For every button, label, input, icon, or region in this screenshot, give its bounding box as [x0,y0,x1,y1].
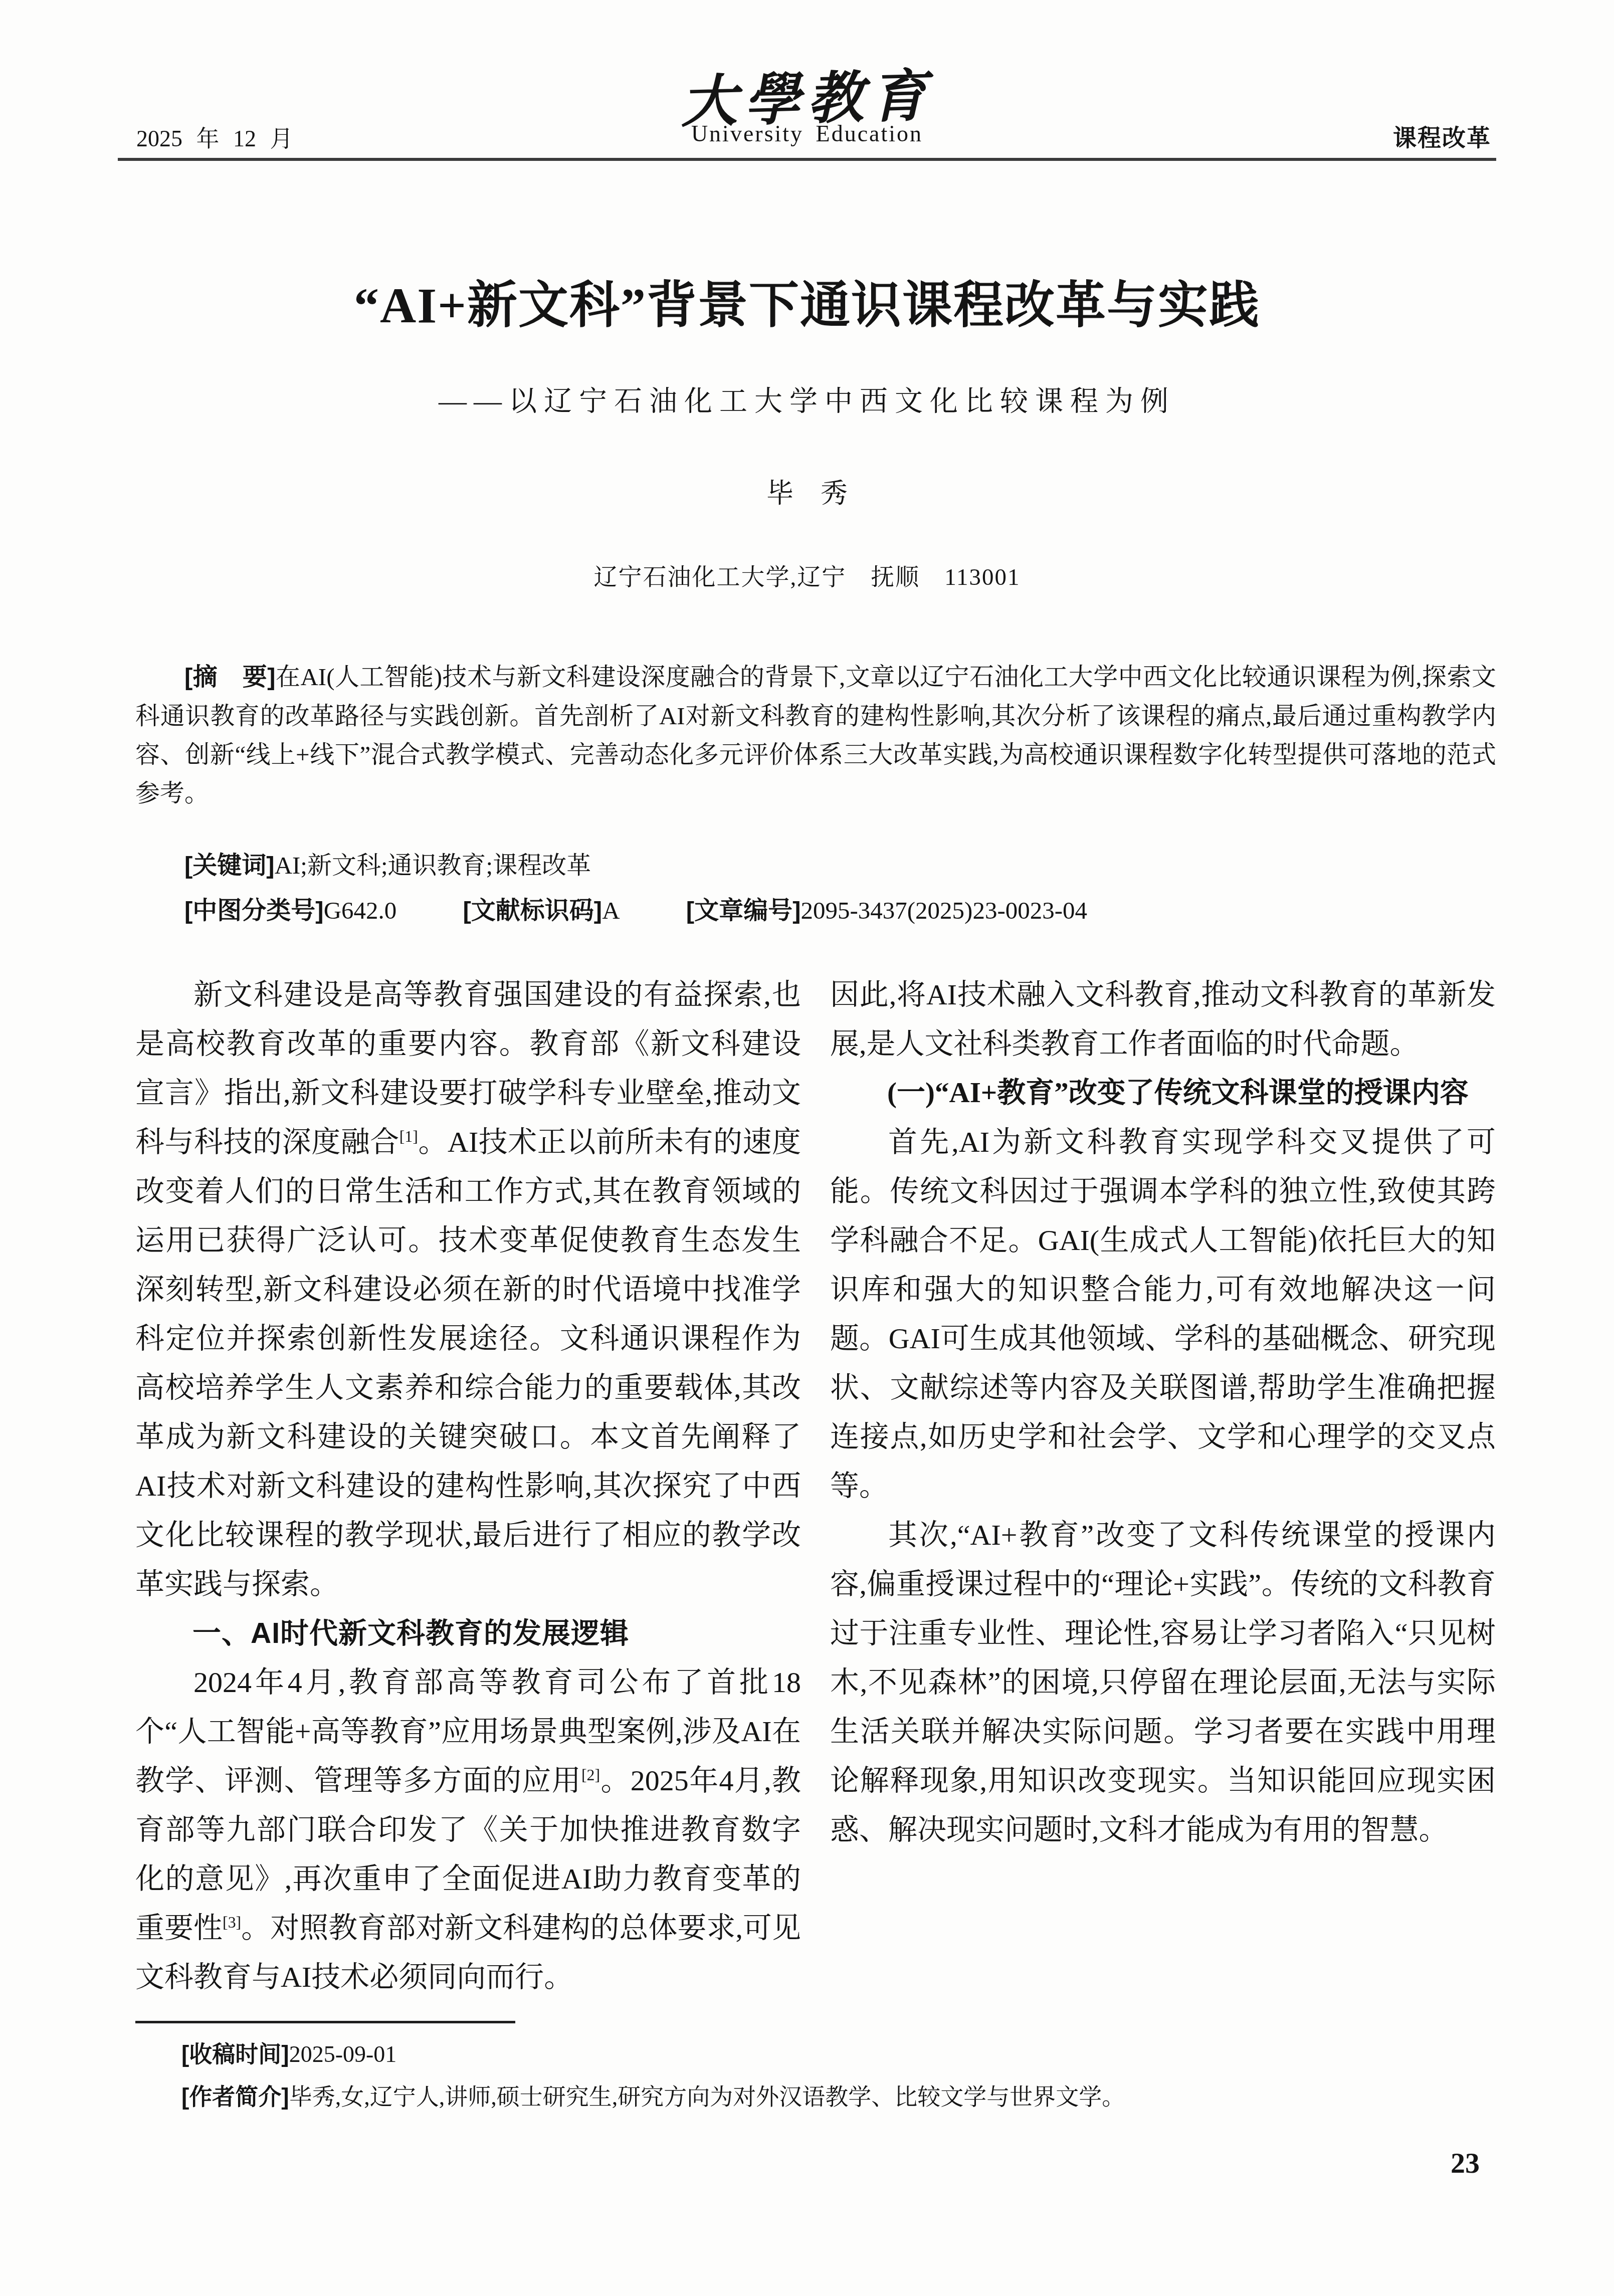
abstract-text: 在AI(人工智能)技术与新文科建设深度融合的背景下,文章以辽宁石油化工大学中西文… [135,663,1496,807]
article-title: “AI+新文科”背景下通识课程改革与实践 [0,265,1614,337]
subsection1-paragraph-2: 其次,“AI+教育”改变了文科传统课堂的授课内容,偏重授课过程中的“理论+实践”… [830,1511,1496,1854]
footnotes: [收稿时间]2025-09-01 [作者简介]毕秀,女,辽宁人,讲师,硕士研究生… [135,2033,1496,2118]
article-id-value: 2095-3437(2025)23-0023-04 [800,897,1087,924]
clc-value: G642.0 [324,897,397,924]
keywords-line: [关键词]AI;新文科;通识教育;课程改革 [184,846,591,881]
document-code: [文献标识码]A [463,897,620,924]
author-name: 毕 秀 [0,472,1614,511]
abstract: [摘 要]在AI(人工智能)技术与新文科建设深度融合的背景下,文章以辽宁石油化工… [135,658,1496,812]
subsection1-paragraph-1: 首先,AI为新文科教育实现学科交叉提供了可能。传统文科因过于强调本学科的独立性,… [830,1118,1496,1511]
author-bio-value: 毕秀,女,辽宁人,讲师,硕士研究生,研究方向为对外汉语教学、比较文学与世界文学。 [289,2084,1125,2110]
clc-number: [中图分类号]G642.0 [184,897,396,924]
article-subtitle: ——以辽宁石油化工大学中西文化比较课程为例 [0,379,1614,419]
left-column: 新文科建设是高等教育强国建设的有益探索,也是高校教育改革的重要内容。教育部《新文… [135,970,801,2002]
document-code-value: A [602,897,620,924]
section1-paragraph-continued: 因此,将AI技术融入文科教育,推动文科教育的革新发展,是人文社科类教育工作者面临… [830,970,1496,1069]
article-id-label: [文章编号] [686,897,801,924]
keywords-text: AI;新文科;通识教育;课程改革 [275,852,591,879]
subsection-heading-1: (一)“AI+教育”改变了传统文科课堂的授课内容 [830,1069,1496,1118]
section-heading-1: 一、AI时代新文科教育的发展逻辑 [135,1609,801,1658]
right-column: 因此,将AI技术融入文科教育,推动文科教育的革新发展,是人文社科类教育工作者面临… [830,970,1496,2002]
received-date-value: 2025-09-01 [289,2041,397,2067]
journal-name-english: University Education [0,120,1614,147]
header-rule [118,158,1496,161]
article-meta: [中图分类号]G642.0 [文献标识码]A [文章编号]2095-3437(2… [184,891,1147,926]
clc-label: [中图分类号] [184,897,324,924]
intro-paragraph: 新文科建设是高等教育强国建设的有益探索,也是高校教育改革的重要内容。教育部《新文… [135,970,801,1609]
section1-paragraph: 2024年4月,教育部高等教育司公布了首批18个“人工智能+高等教育”应用场景典… [135,1658,801,2002]
author-bio-label: [作者简介] [181,2083,289,2110]
article-id: [文章编号]2095-3437(2025)23-0023-04 [686,897,1087,924]
author-bio-line: [作者简介]毕秀,女,辽宁人,讲师,硕士研究生,研究方向为对外汉语教学、比较文学… [135,2075,1496,2118]
body-columns: 新文科建设是高等教育强国建设的有益探索,也是高校教育改革的重要内容。教育部《新文… [135,970,1496,2002]
page-number: 23 [1451,2146,1480,2180]
keywords-label: [关键词] [184,852,275,879]
received-date-label: [收稿时间] [181,2041,289,2067]
document-code-label: [文献标识码] [463,897,602,924]
column-name: 课程改革 [1393,119,1491,153]
abstract-label: [摘 要] [184,664,276,691]
author-affiliation: 辽宁石油化工大学,辽宁 抚顺 113001 [0,558,1614,592]
footnote-rule [135,2021,515,2023]
received-date-line: [收稿时间]2025-09-01 [135,2033,1496,2075]
journal-page: 2025 年 12 月 大學教育 University Education 课程… [0,0,1614,2296]
